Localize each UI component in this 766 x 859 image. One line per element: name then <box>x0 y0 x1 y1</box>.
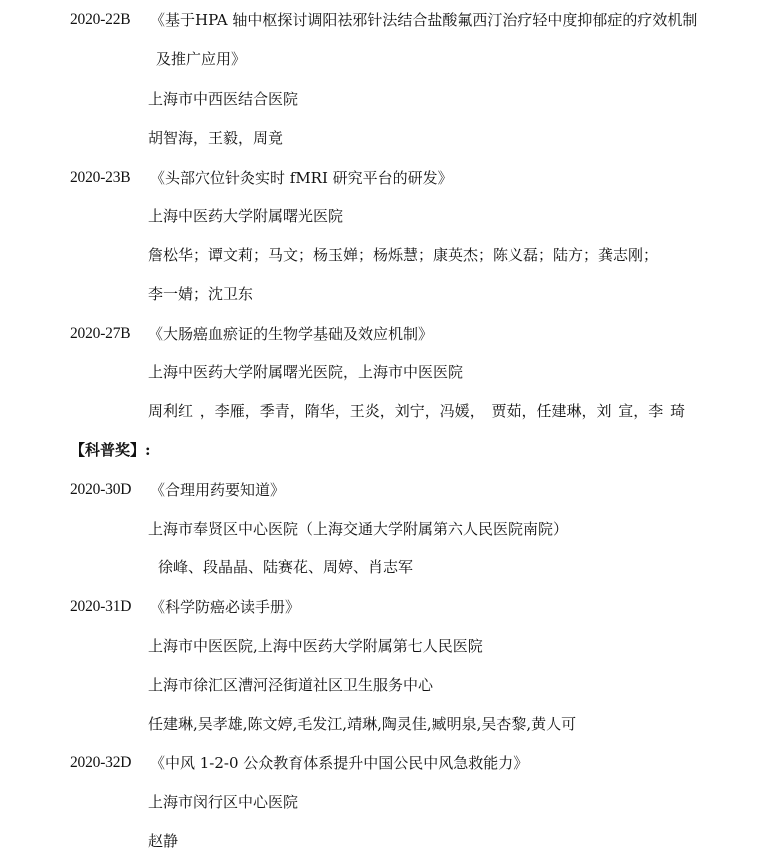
entry-code: 2020-22B <box>70 10 130 30</box>
entry-title: 《中风 1-2-0 公众教育体系提升中国公民中风急救能力》 <box>150 753 528 773</box>
entry-institution: 上海市闵行区中心医院 <box>148 792 298 812</box>
entry-title: 《科学防癌必读手册》 <box>150 597 300 617</box>
entry-institution: 上海市中西医结合医院 <box>148 89 298 109</box>
entry-code: 2020-32D <box>70 753 131 773</box>
entry-authors: 周利红 ，李雁，季青，隋华，王炎，刘宁，冯媛， 贾茹，任建琳，刘 宣，李 琦 <box>148 401 685 421</box>
entry-authors: 任建琳,吴孝雄,陈文婷,毛发江,靖琳,陶灵佳,臧明泉,吴杏黎,黄人可 <box>148 714 576 734</box>
entry-authors: 胡智海，王毅，周竟 <box>148 128 283 148</box>
entry-code: 2020-27B <box>70 324 130 344</box>
section-title-science-award: 【科普奖】: <box>70 440 151 460</box>
entry-title: 《合理用药要知道》 <box>150 480 285 500</box>
entry-institution: 上海市奉贤区中心医院（上海交通大学附属第六人民医院南院） <box>148 519 568 539</box>
entry-authors: 詹松华；谭文莉；马文；杨玉婵；杨烁慧；康英杰；陈义磊；陆方；龚志刚； <box>148 245 658 265</box>
entry-authors-continued: 李一婧；沈卫东 <box>148 284 253 304</box>
entry-authors: 赵静 <box>148 831 178 851</box>
entry-institution: 上海中医药大学附属曙光医院，上海市中医医院 <box>148 362 463 382</box>
entry-institution: 上海中医药大学附属曙光医院 <box>148 206 343 226</box>
entry-code: 2020-31D <box>70 597 131 617</box>
entry-title: 《基于HPA 轴中枢探讨调阳祛邪针法结合盐酸氟西汀治疗轻中度抑郁症的疗效机制 <box>150 10 697 30</box>
entry-title-continued: 及推广应用》 <box>156 49 246 69</box>
entry-institution: 上海市中医医院,上海中医药大学附属第七人民医院 <box>148 636 483 656</box>
entry-code: 2020-23B <box>70 168 130 188</box>
entry-title: 《头部穴位针灸实时 fMRI 研究平台的研发》 <box>150 168 453 188</box>
entry-authors: 徐峰、段晶晶、陆赛花、周婷、肖志军 <box>158 557 413 577</box>
entry-institution-secondary: 上海市徐汇区漕河泾街道社区卫生服务中心 <box>148 675 433 695</box>
entry-code: 2020-30D <box>70 480 131 500</box>
entry-title: 《大肠癌血瘀证的生物学基础及效应机制》 <box>148 324 433 344</box>
